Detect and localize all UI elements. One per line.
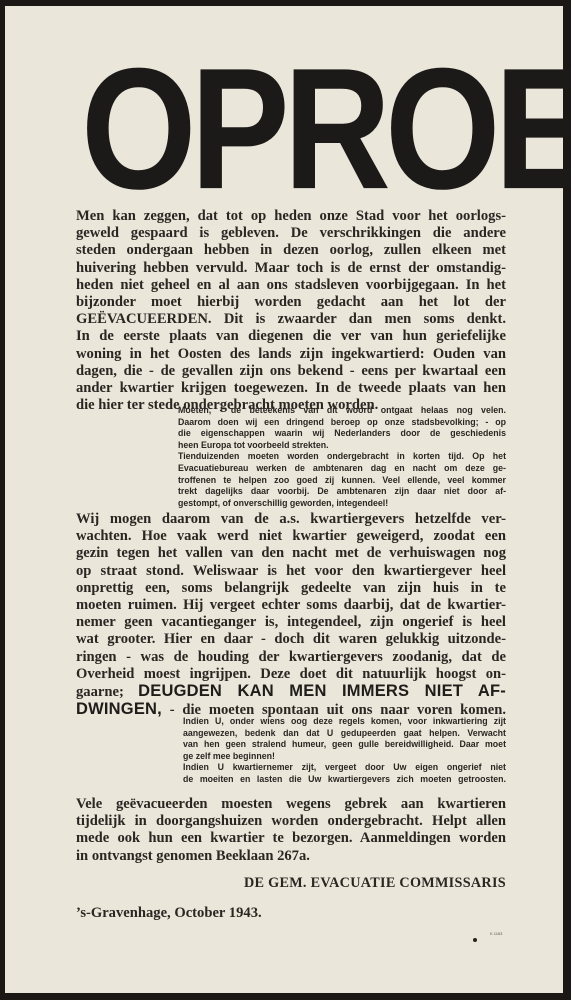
- archive-stamp: K 1163: [490, 931, 502, 936]
- text-line: gestompt, of onverschillig geworden, int…: [178, 498, 506, 510]
- paragraph-kwartiergevers: Wij mogen daarom van de a.s. kwartiergev…: [76, 511, 506, 719]
- text-line: dagen, die - de gevallen zijn ons bekend…: [76, 363, 506, 380]
- text-line: bijzonder moet hierbij worden gedacht aa…: [76, 294, 506, 311]
- text-line: in ontvangst genomen Beeklaan 267a.: [76, 848, 506, 865]
- text-line: moeten ruimen. Hij vergeet echter soms d…: [76, 597, 506, 614]
- text-line: GEËVACUEERDEN. Dit is zwaarder dan men s…: [76, 311, 506, 328]
- text-line: gaarne; DEUGDEN KAN MEN IMMERS NIET AF-: [76, 683, 506, 701]
- text-line: Men kan zeggen, dat tot op heden onze St…: [76, 208, 506, 225]
- text-line: troffenen te helpen zoo goed zij kunnen.…: [178, 475, 506, 487]
- text-line: geweld gespaard is gebleven. De verschri…: [76, 225, 506, 242]
- text-line: Vele geëvacueerden moesten wegens gebrek…: [76, 796, 506, 813]
- text-line: tijdelijk in doorgangshuizen worden onde…: [76, 813, 506, 830]
- text-line: mede ook hun een kwartier te bezorgen. A…: [76, 830, 506, 847]
- text-line: op straat stond. Weliswaar is het voor d…: [76, 563, 506, 580]
- text-line: wat grooter. Hier en daar - doch dit war…: [76, 631, 506, 648]
- text-line: heden niet geheel en al aan ons stadslev…: [76, 277, 506, 294]
- text-line: Indien U, onder wiens oog deze regels ko…: [183, 716, 506, 728]
- signature: DE GEM. EVACUATIE COMMISSARIS: [76, 875, 506, 892]
- text-line: In de eerste plaats van diegenen die ver…: [76, 328, 506, 345]
- place-date: ’s-Gravenhage, October 1943.: [76, 905, 376, 922]
- emphasis-caps: DWINGEN,: [76, 700, 162, 718]
- paragraph-aanmeldingen: Vele geëvacueerden moesten wegens gebrek…: [76, 796, 506, 865]
- text-line: heen Europa tot voorbeeld strekten.: [178, 440, 506, 452]
- text-line: ander kwartier krijgen toegewezen. In de…: [76, 380, 506, 397]
- text-line: Daarom doen wij een dringend beroep op o…: [178, 417, 506, 429]
- headline-container: OPROEP: [81, 69, 507, 193]
- note-moeten: Moèten, - de beteekenis van dit woord on…: [178, 405, 506, 509]
- text-line: Moèten, - de beteekenis van dit woord on…: [178, 405, 506, 417]
- text-line: Indien U kwartiernemer zijt, vergeet doo…: [183, 762, 506, 774]
- pin-hole: [473, 938, 477, 942]
- text-line: nemer geen vacantieganger is, integendee…: [76, 614, 506, 631]
- text-fragment: gaarne;: [76, 684, 138, 700]
- text-line: Evacuatiebureau werken de ambtenaren dag…: [178, 463, 506, 475]
- text-line: Wij mogen daarom van de a.s. kwartiergev…: [76, 511, 506, 528]
- text-line: aangewezen, bedenk dan dat U gedupeerden…: [183, 728, 506, 740]
- headline-oproep: OPROEP: [81, 57, 503, 200]
- text-line: wachten. Hoe vaak werd niet kwartier gew…: [76, 528, 506, 545]
- emphasis-caps: DEUGDEN KAN MEN IMMERS NIET AF-: [138, 682, 506, 700]
- paragraph-intro: Men kan zeggen, dat tot op heden onze St…: [76, 208, 506, 414]
- text-line: Overheid moest ingrijpen. Deze doet dit …: [76, 666, 506, 683]
- text-line: huivering hebben vervuld. Maar toch is d…: [76, 260, 506, 277]
- text-line: van hen geen stralend humeur, geen gulle…: [183, 739, 506, 751]
- text-line: steden ondergaan hebben in dezen oorlog,…: [76, 242, 506, 259]
- text-line: die eigenschappen waarin wij Nederlander…: [178, 428, 506, 440]
- text-line: ringen - was de houding der kwartiergeve…: [76, 649, 506, 666]
- text-line: woning in het Oosten des lands zijn inge…: [76, 346, 506, 363]
- note-inkwartiering: Indien U, onder wiens oog deze regels ko…: [183, 716, 506, 786]
- text-line: de moeiten en lasten die Uw kwartiergeve…: [183, 774, 506, 786]
- text-line: gezin tegen het vallen van den nacht met…: [76, 545, 506, 562]
- text-line: trekt dagelijks daar voorbij. De ambtena…: [178, 486, 506, 498]
- text-line: ge zelf mee beginnen!: [183, 751, 506, 763]
- text-line: onprettig een, soms belangrijk gedeelte …: [76, 580, 506, 597]
- text-line: Tienduizenden moeten worden ondergebrach…: [178, 451, 506, 463]
